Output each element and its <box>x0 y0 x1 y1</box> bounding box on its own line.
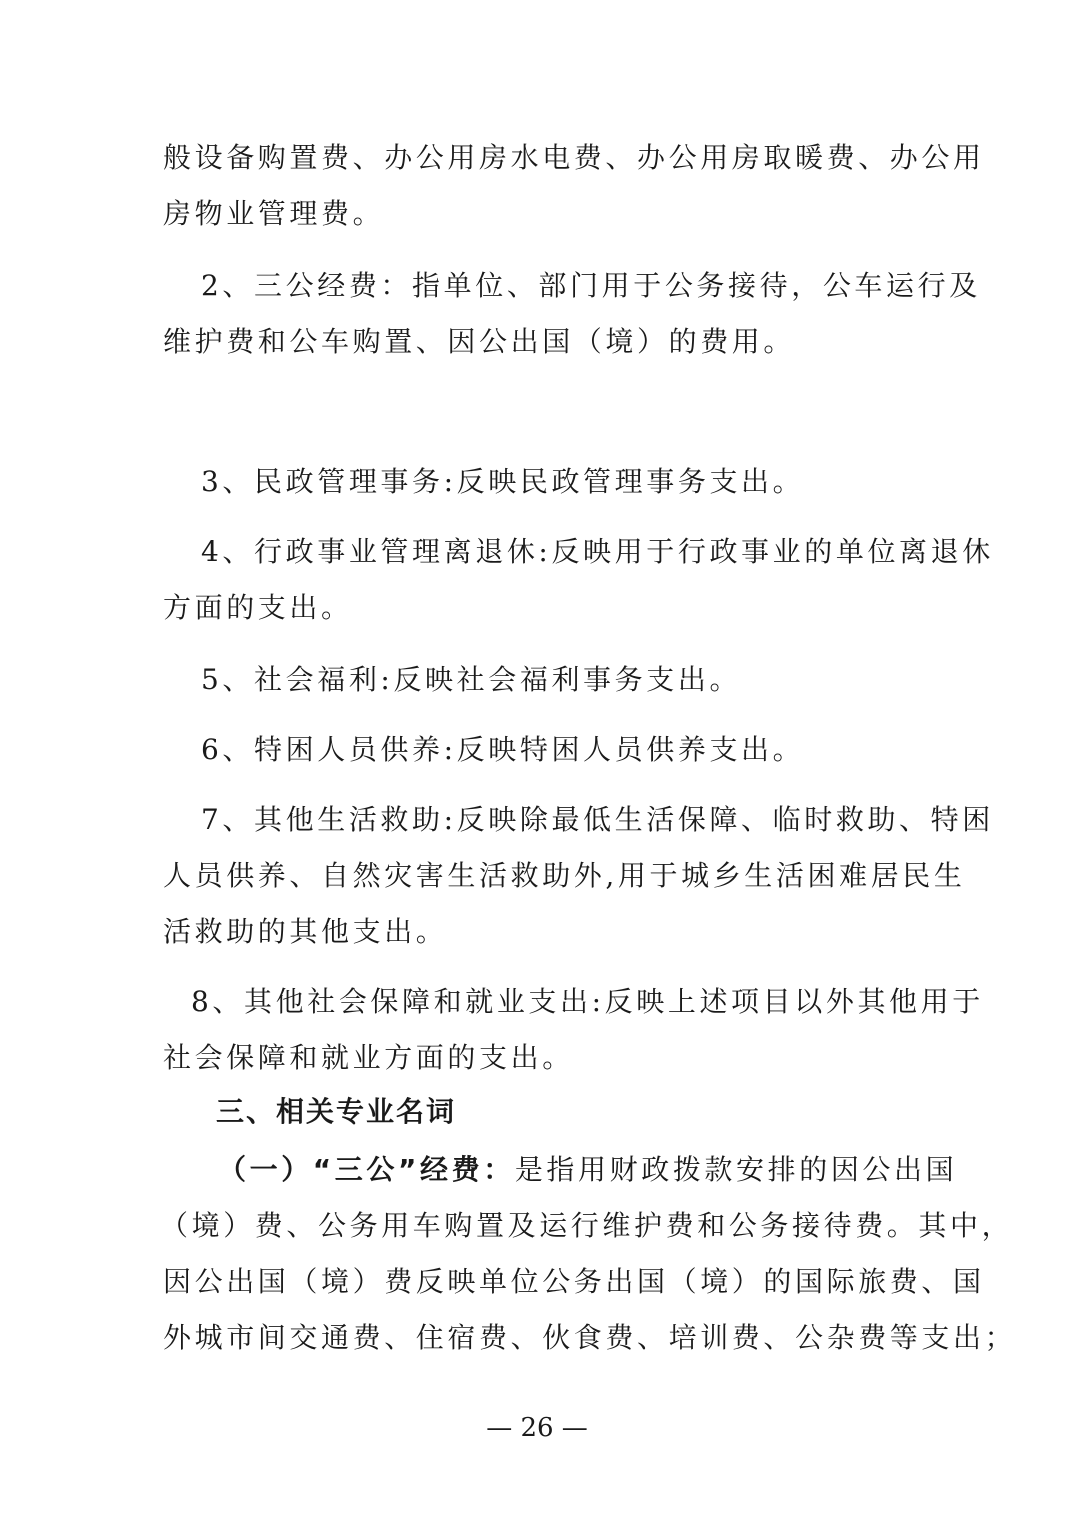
page-number: — 26 — <box>0 1413 1074 1443</box>
paragraph-line: 维护费和公车购置、因公出国（境）的费用。 <box>163 324 923 360</box>
item-8-other-social-security: 8、其他社会保障和就业支出:反映上述项目以外其他用于 <box>191 984 951 1020</box>
document-page: 般设备购置费、办公用房水电费、办公用房取暖费、办公用 房物业管理费。 2、三公经… <box>0 0 1074 1520</box>
item-2-three-public-expenses: 2、三公经费：指单位、部门用于公务接待，公车运行及 <box>201 268 961 304</box>
paragraph-line: 活救助的其他支出。 <box>163 914 923 950</box>
item-3-civil-affairs: 3、民政管理事务:反映民政管理事务支出。 <box>201 464 961 500</box>
paragraph-line: 般设备购置费、办公用房水电费、办公用房取暖费、办公用 <box>163 140 923 176</box>
item-5-social-welfare: 5、社会福利:反映社会福利事务支出。 <box>201 662 961 698</box>
section-heading: 三、相关专业名词 <box>216 1094 976 1130</box>
paragraph-line: 人员供养、自然灾害生活救助外,用于城乡生活困难居民生 <box>163 858 923 894</box>
paragraph-line: 外城市间交通费、住宿费、伙食费、培训费、公杂费等支出； <box>163 1320 923 1356</box>
paragraph-line: 因公出国（境）费反映单位公务出国（境）的国际旅费、国 <box>163 1264 923 1300</box>
subsection-text: 是指用财政拨款安排的因公出国 <box>515 1153 957 1186</box>
paragraph-line: 房物业管理费。 <box>163 196 923 232</box>
subsection-label: （一）“三公”经费： <box>218 1153 515 1186</box>
item-4-retirement: 4、行政事业管理离退休:反映用于行政事业的单位离退休 <box>201 534 961 570</box>
item-6-special-hardship: 6、特困人员供养:反映特困人员供养支出。 <box>201 732 961 768</box>
item-7-other-living-aid: 7、其他生活救助:反映除最低生活保障、临时救助、特困 <box>201 802 961 838</box>
paragraph-line: 方面的支出。 <box>163 590 923 626</box>
paragraph-line: （境）费、公务用车购置及运行维护费和公务接待费。其中， <box>160 1208 920 1244</box>
paragraph-line: 社会保障和就业方面的支出。 <box>163 1040 923 1076</box>
subsection-first-line: （一）“三公”经费：是指用财政拨款安排的因公出国 <box>218 1152 978 1188</box>
